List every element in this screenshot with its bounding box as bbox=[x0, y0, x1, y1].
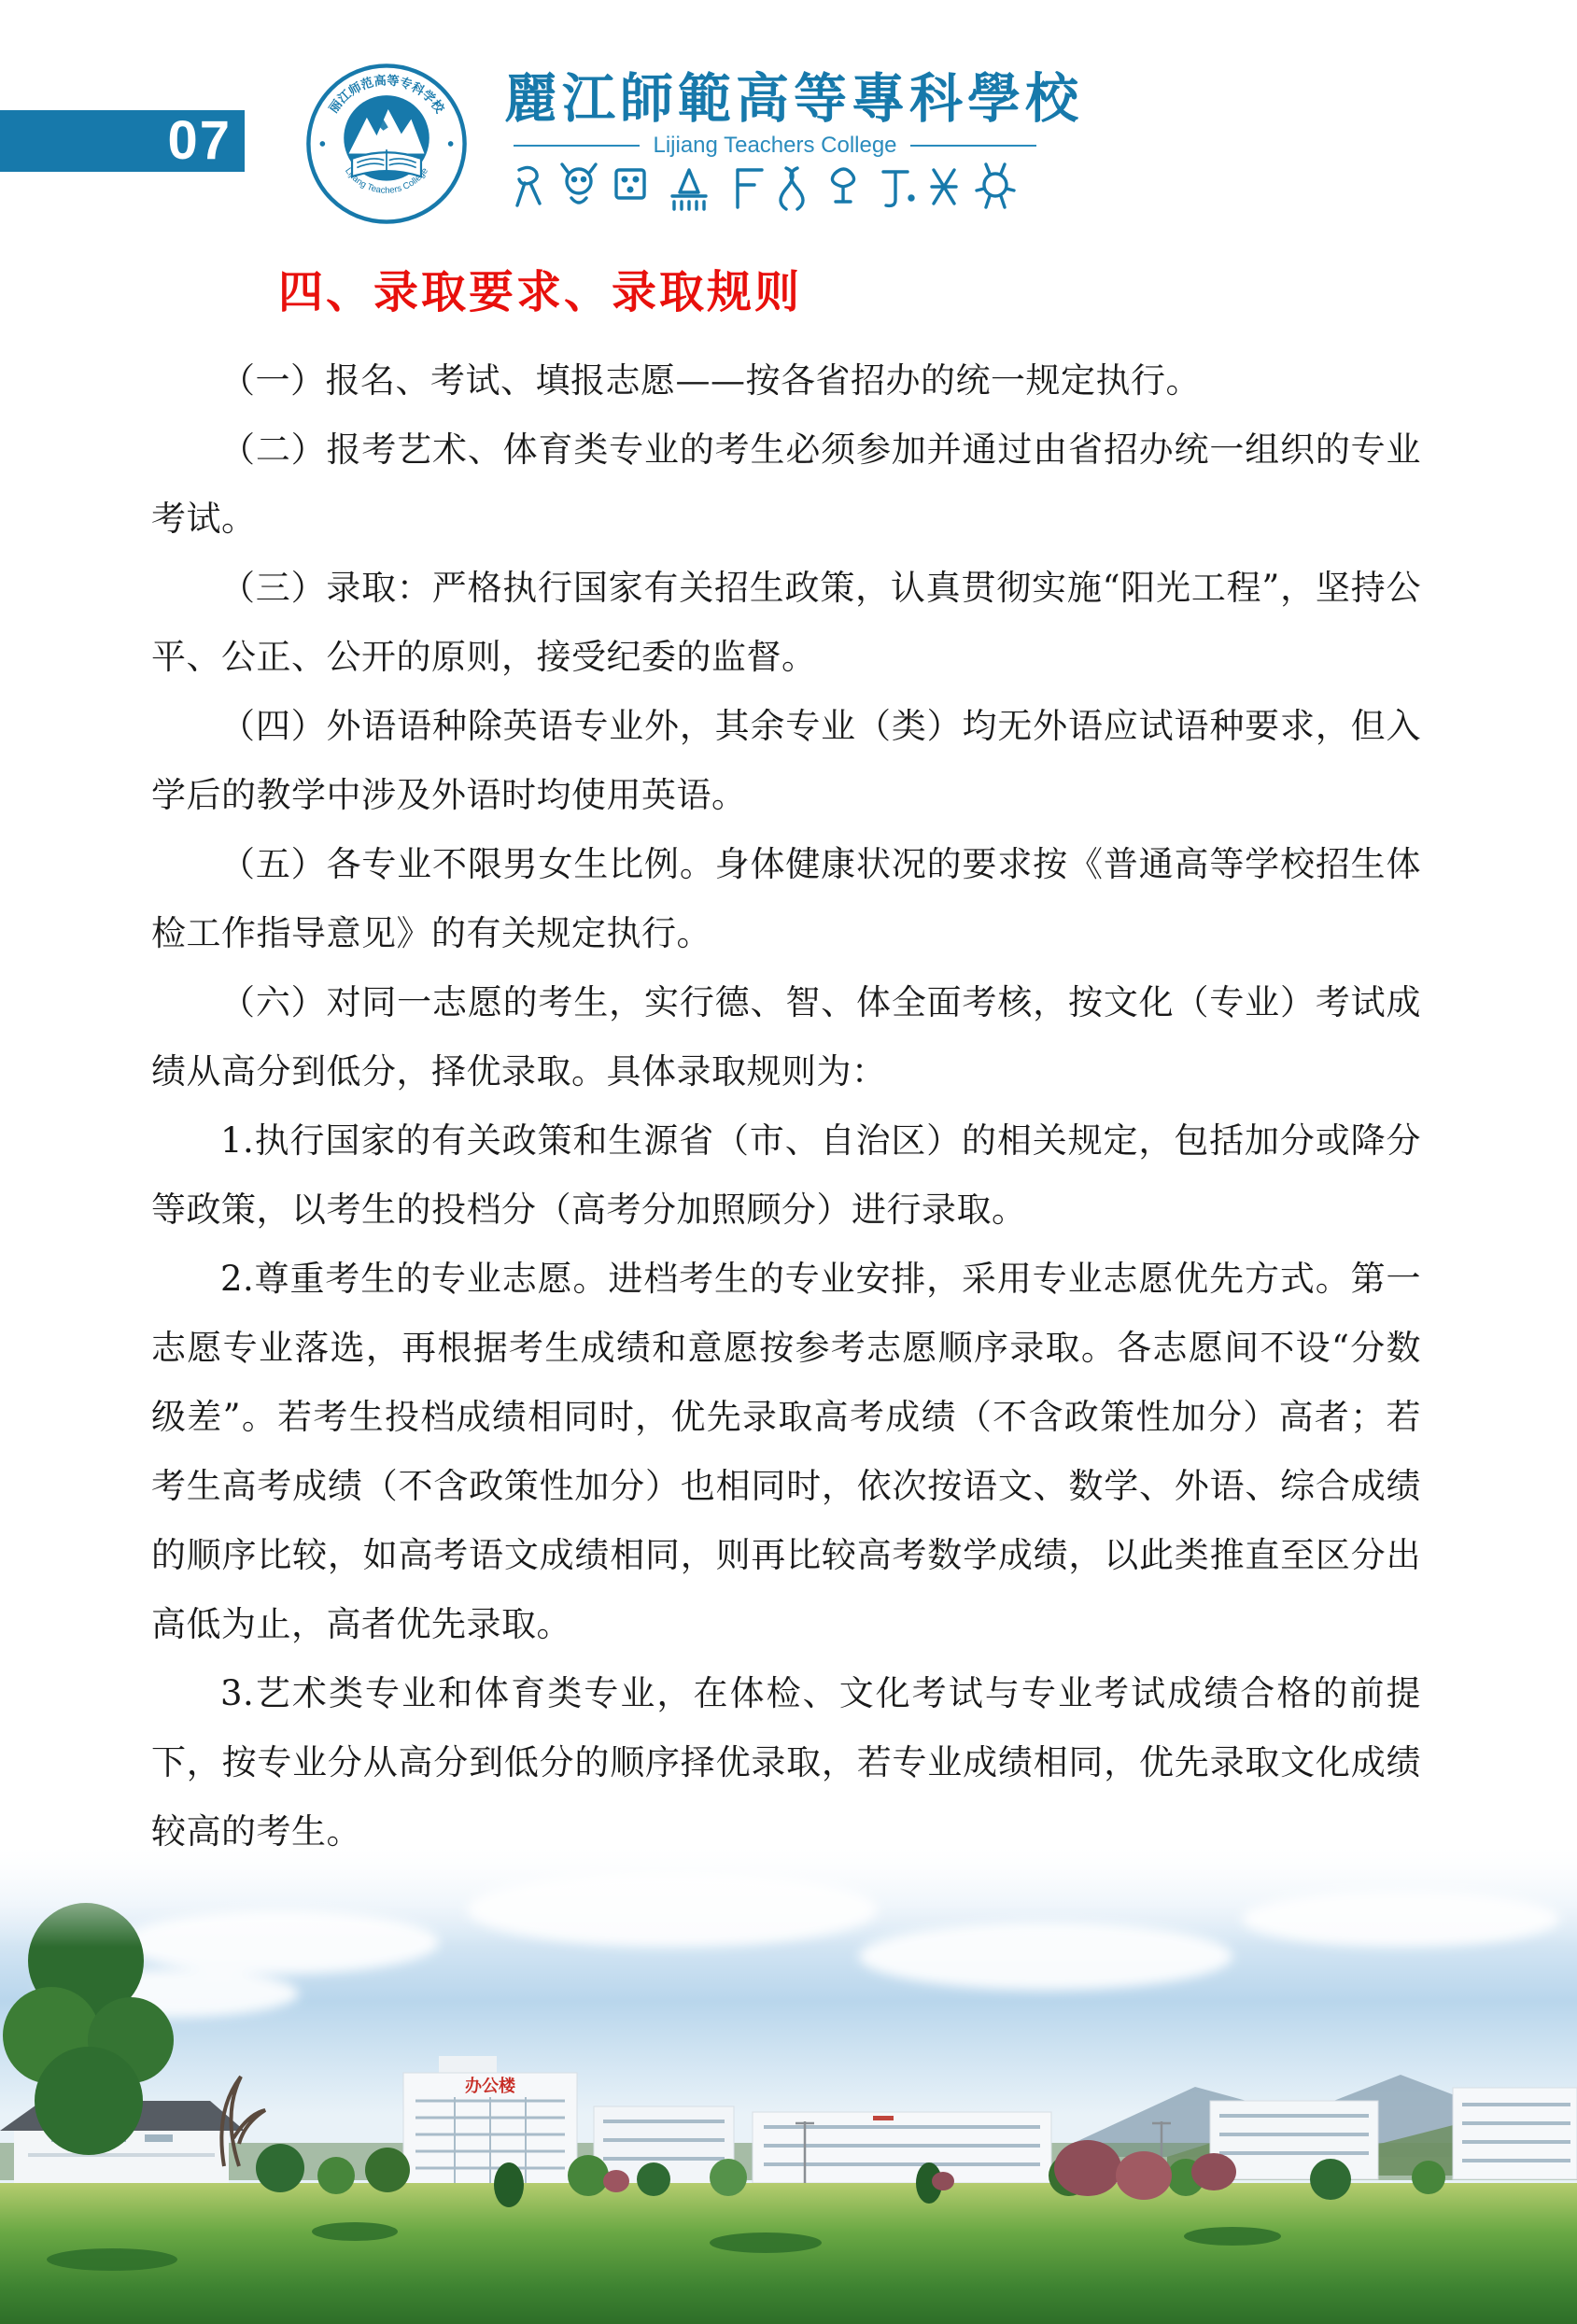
school-name-calligraphy: 麗江師範高等專科學校 bbox=[504, 71, 1083, 129]
paragraph: 3.艺术类专业和体育类专业，在体检、文化考试与专业考试成绩合格的前提下，按专业分… bbox=[151, 1659, 1421, 1866]
school-seal-icon: 丽江师范高等专科学校 Lijiang Teachers College bbox=[304, 62, 469, 226]
content: 四、录取要求、录取规则 （一）报名、考试、填报志愿——按各省招办的统一规定执行。… bbox=[151, 267, 1421, 1866]
paragraph: （三）录取：严格执行国家有关招生政策，认真贯彻实施“阳光工程”，坚持公平、公正、… bbox=[151, 554, 1421, 692]
school-name-block: 麗江師範高等專科學校 Lijiang Teachers College bbox=[504, 71, 1083, 215]
body-paragraphs: （一）报名、考试、填报志愿——按各省招办的统一规定执行。（二）报考艺术、体育类专… bbox=[151, 346, 1421, 1866]
paragraph: （六）对同一志愿的考生，实行德、智、体全面考核，按文化（专业）考试成绩从高分到低… bbox=[151, 968, 1421, 1106]
paragraph: 2.尊重考生的专业志愿。进档考生的专业安排，采用专业志愿优先方式。第一志愿专业落… bbox=[151, 1245, 1421, 1659]
dongba-script-icon bbox=[506, 161, 1029, 215]
paragraph: （一）报名、考试、填报志愿——按各省招办的统一规定执行。 bbox=[151, 346, 1421, 416]
paragraph: 1.执行国家的有关政策和生源省（市、自治区）的相关规定，包括加分或降分等政策，以… bbox=[151, 1106, 1421, 1245]
right-rule bbox=[910, 145, 1036, 147]
lawn bbox=[0, 2183, 1577, 2324]
paragraph: （五）各专业不限男女生比例。身体健康状况的要求按《普通高等学校招生体检工作指导意… bbox=[151, 830, 1421, 968]
page-number-badge: 07 bbox=[0, 110, 245, 172]
paragraph: （二）报考艺术、体育类专业的考生必须参加并通过由省招办统一组织的专业考试。 bbox=[151, 416, 1421, 554]
campus-photo: 办公楼 bbox=[0, 1821, 1577, 2324]
page-number: 07 bbox=[167, 114, 232, 168]
office-building: 办公楼 bbox=[403, 2056, 577, 2187]
brochure-page: 07 丽江师范高等专科学校 Lijiang Teachers College bbox=[0, 0, 1577, 2324]
paragraph: （四）外语语种除英语专业外，其余专业（类）均无外语应试语种要求，但入学后的教学中… bbox=[151, 692, 1421, 830]
left-rule bbox=[514, 145, 640, 147]
school-name-english-row: Lijiang Teachers College bbox=[514, 134, 1036, 157]
school-name-english: Lijiang Teachers College bbox=[653, 134, 896, 157]
building-sign: 办公楼 bbox=[465, 2076, 516, 2095]
section-title: 四、录取要求、录取规则 bbox=[278, 267, 1421, 318]
